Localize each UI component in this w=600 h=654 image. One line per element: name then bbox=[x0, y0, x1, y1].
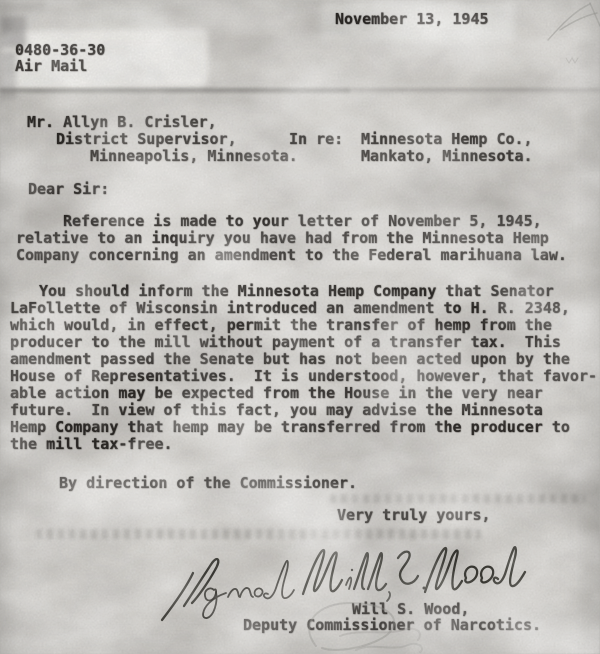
paper-seam-line bbox=[0, 86, 600, 95]
in-re-label: In re: bbox=[289, 131, 343, 148]
recipient-city: Minneapolis, Minnesota. bbox=[90, 148, 298, 165]
paper-light-patch bbox=[88, 8, 168, 38]
pencil-mark bbox=[548, 3, 600, 63]
valediction: Very truly yours, bbox=[337, 507, 491, 524]
signer-title: Deputy Commissioner of Narcotics. bbox=[243, 617, 541, 634]
body-paragraph-1: Reference is made to your letter of Nove… bbox=[16, 213, 567, 264]
recipient-name: Mr. Allyn B. Crisler, bbox=[27, 114, 217, 131]
edge-smudge bbox=[0, 52, 16, 98]
recipient-title: District Supervisor, bbox=[56, 131, 237, 148]
body-paragraph-2: You should inform the Minnesota Hemp Com… bbox=[10, 283, 597, 453]
ghost-text-line bbox=[330, 494, 585, 503]
closing-line: By direction of the Commissioner. bbox=[59, 475, 357, 492]
air-mail-label: Air Mail bbox=[15, 58, 87, 75]
ghost-text-line bbox=[36, 529, 481, 539]
letter-date: November 13, 1945 bbox=[335, 11, 489, 28]
signature-script-signed bbox=[162, 559, 294, 620]
paper-seam-line bbox=[0, 88, 350, 93]
in-re-city: Mankato, Minnesota. bbox=[361, 148, 533, 165]
edge-smudge bbox=[0, 0, 44, 12]
salutation: Dear Sir: bbox=[28, 181, 109, 198]
signature-script-name bbox=[303, 547, 525, 601]
scanned-letter-page: November 13, 1945 0480-36-30 Air Mail Mr… bbox=[0, 0, 600, 654]
in-re-company: Minnesota Hemp Co., bbox=[361, 131, 533, 148]
